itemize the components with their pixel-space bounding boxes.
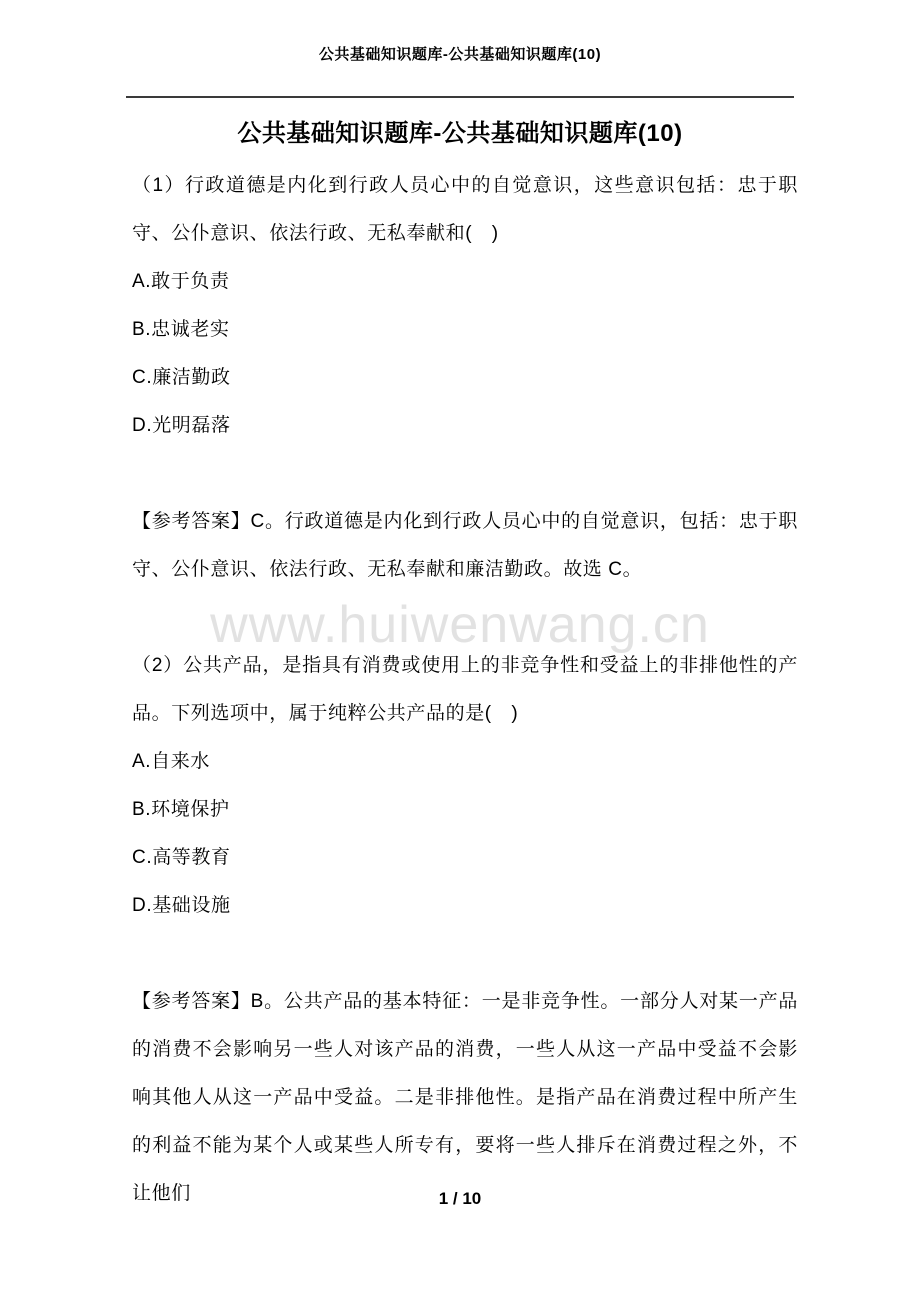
page-header-title: 公共基础知识题库-公共基础知识题库(10) bbox=[0, 0, 920, 65]
question-1-text: （1）行政道德是内化到行政人员心中的自觉意识，这些意识包括：忠于职守、公仆意识、… bbox=[132, 162, 798, 258]
document-body: （1）行政道德是内化到行政人员心中的自觉意识，这些意识包括：忠于职守、公仆意识、… bbox=[132, 162, 798, 1218]
question-2-answer: 【参考答案】B。公共产品的基本特征：一是非竞争性。一部分人对某一产品的消费不会影… bbox=[132, 978, 798, 1218]
question-1-answer: 【参考答案】C。行政道德是内化到行政人员心中的自觉意识，包括：忠于职守、公仆意识… bbox=[132, 498, 798, 594]
question-2-option-a: A.自来水 bbox=[132, 738, 798, 786]
question-2-option-d: D.基础设施 bbox=[132, 882, 798, 930]
question-2-option-c: C.高等教育 bbox=[132, 834, 798, 882]
question-1-option-a: A.敢于负责 bbox=[132, 258, 798, 306]
question-1-option-c: C.廉洁勤政 bbox=[132, 354, 798, 402]
question-2-text: （2）公共产品，是指具有消费或使用上的非竞争性和受益上的非排他性的产品。下列选项… bbox=[132, 642, 798, 738]
question-1-option-d: D.光明磊落 bbox=[132, 402, 798, 450]
document-page: 公共基础知识题库-公共基础知识题库(10) 公共基础知识题库-公共基础知识题库(… bbox=[0, 0, 920, 1302]
question-1-option-b: B.忠诚老实 bbox=[132, 306, 798, 354]
header-divider-rule bbox=[126, 96, 794, 98]
document-title: 公共基础知识题库-公共基础知识题库(10) bbox=[0, 119, 920, 149]
question-2-option-b: B.环境保护 bbox=[132, 786, 798, 834]
